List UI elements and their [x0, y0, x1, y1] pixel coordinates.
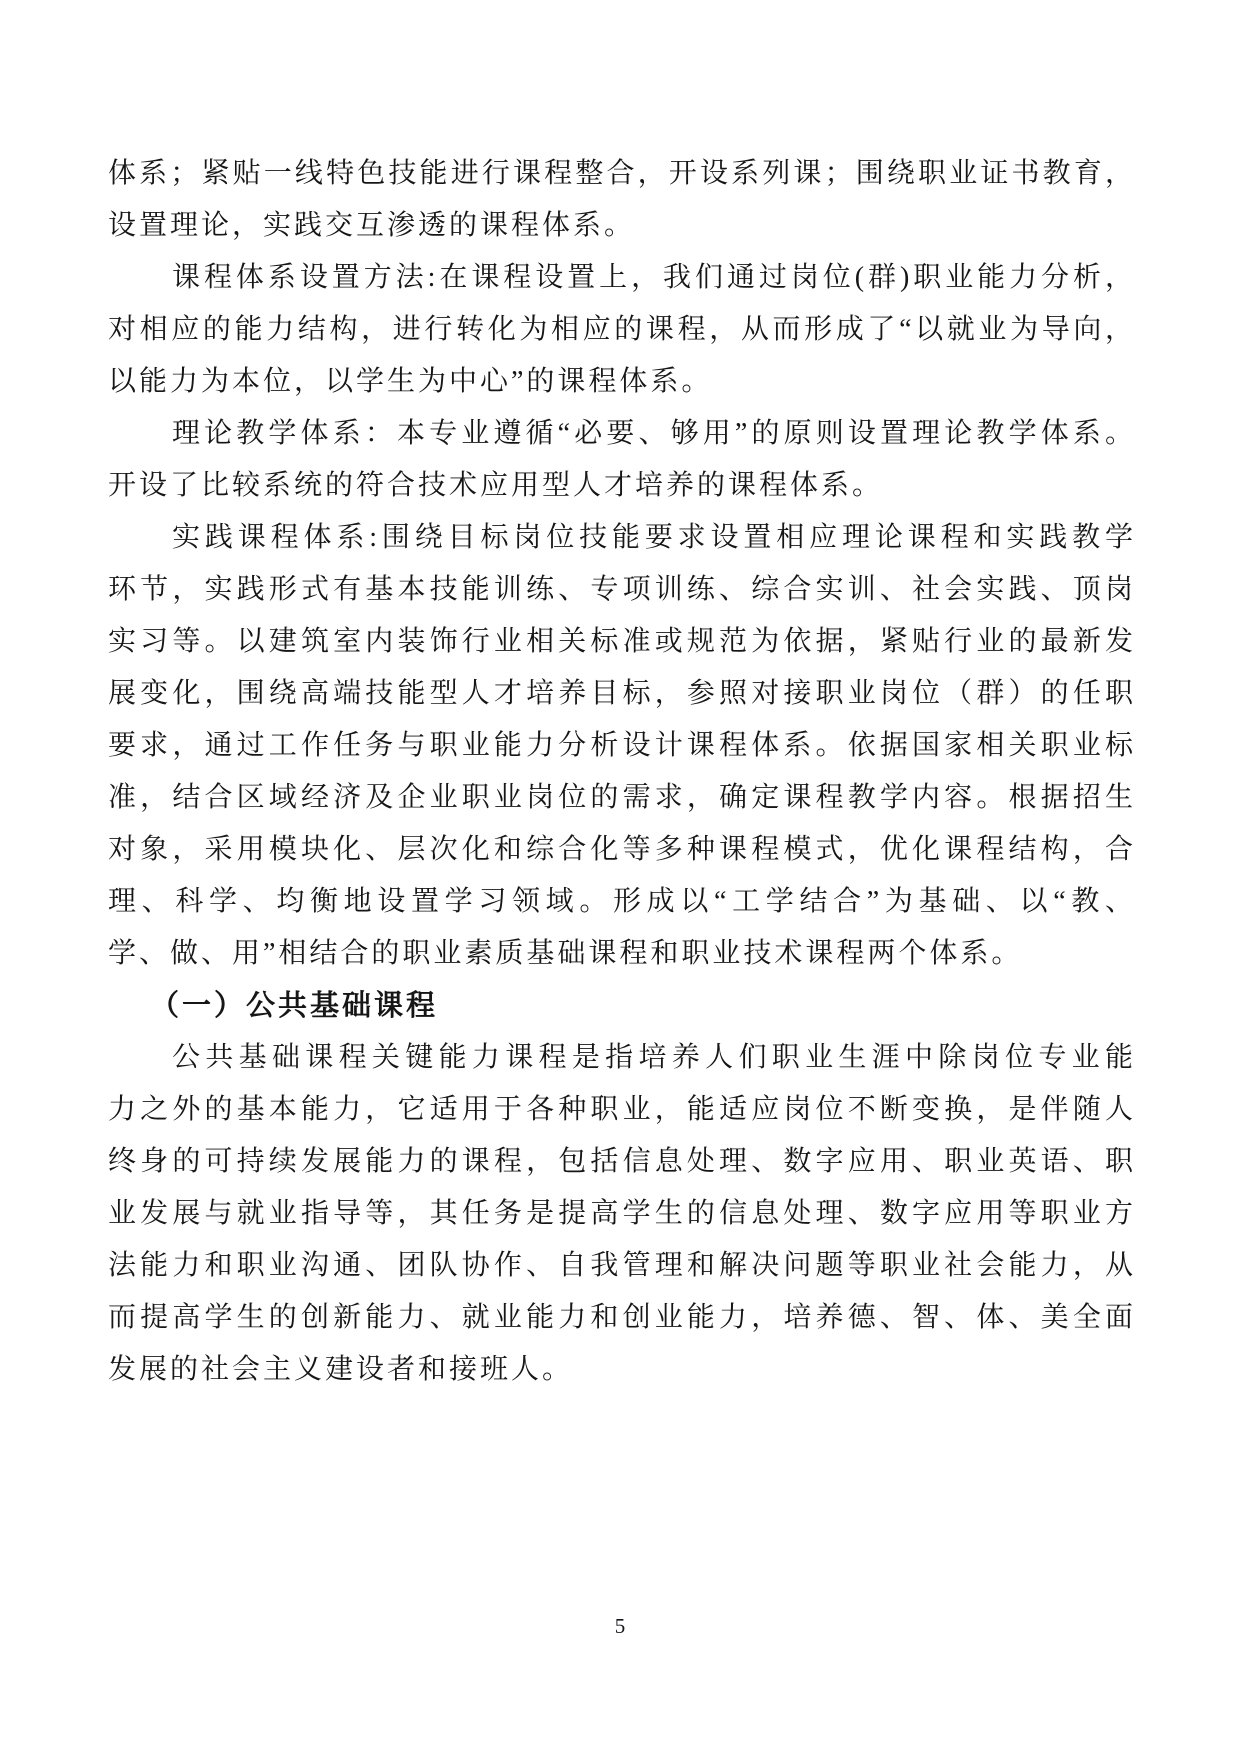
- text-line: 实践课程体系:围绕目标岗位技能要求设置相应理论课程和实践教学: [108, 512, 1136, 564]
- text-line: 终身的可持续发展能力的课程，包括信息处理、数字应用、职业英语、职: [108, 1136, 1136, 1188]
- text-line: 发展的社会主义建设者和接班人。: [108, 1344, 1136, 1396]
- text-line: 而提高学生的创新能力、就业能力和创业能力，培养德、智、体、美全面: [108, 1292, 1136, 1344]
- text-line: 准，结合区域经济及企业职业岗位的需求，确定课程教学内容。根据招生: [108, 772, 1136, 824]
- text-line: 环节，实践形式有基本技能训练、专项训练、综合实训、社会实践、顶岗: [108, 564, 1136, 616]
- text-line: 理论教学体系：本专业遵循“必要、够用”的原则设置理论教学体系。: [108, 408, 1136, 460]
- text-line: 实习等。以建筑室内装饰行业相关标准或规范为依据，紧贴行业的最新发: [108, 616, 1136, 668]
- text-line: 体系；紧贴一线特色技能进行课程整合，开设系列课；围绕职业证书教育，: [108, 148, 1136, 200]
- text-line: 设置理论，实践交互渗透的课程体系。: [108, 200, 1136, 252]
- text-line: 对相应的能力结构，进行转化为相应的课程，从而形成了“以就业为导向，: [108, 304, 1136, 356]
- page-number: 5: [615, 1614, 626, 1638]
- text-line: 课程体系设置方法:在课程设置上，我们通过岗位(群)职业能力分析，: [108, 252, 1136, 304]
- page-footer: 5: [0, 1614, 1240, 1639]
- text-line: 学、做、用”相结合的职业素质基础课程和职业技术课程两个体系。: [108, 928, 1136, 980]
- text-line: 法能力和职业沟通、团队协作、自我管理和解决问题等职业社会能力，从: [108, 1240, 1136, 1292]
- document-page: 体系；紧贴一线特色技能进行课程整合，开设系列课；围绕职业证书教育，设置理论，实践…: [0, 0, 1240, 1754]
- text-line: 以能力为本位，以学生为中心”的课程体系。: [108, 356, 1136, 408]
- document-body: 体系；紧贴一线特色技能进行课程整合，开设系列课；围绕职业证书教育，设置理论，实践…: [108, 148, 1136, 1396]
- section-heading: （一）公共基础课程: [108, 980, 1136, 1032]
- text-line: 对象，采用模块化、层次化和综合化等多种课程模式，优化课程结构，合: [108, 824, 1136, 876]
- text-line: 理、科学、均衡地设置学习领域。形成以“工学结合”为基础、以“教、: [108, 876, 1136, 928]
- text-line: 公共基础课程关键能力课程是指培养人们职业生涯中除岗位专业能: [108, 1032, 1136, 1084]
- text-line: 力之外的基本能力，它适用于各种职业，能适应岗位不断变换，是伴随人: [108, 1084, 1136, 1136]
- text-line: 业发展与就业指导等，其任务是提高学生的信息处理、数字应用等职业方: [108, 1188, 1136, 1240]
- text-line: 开设了比较系统的符合技术应用型人才培养的课程体系。: [108, 460, 1136, 512]
- text-line: 要求，通过工作任务与职业能力分析设计课程体系。依据国家相关职业标: [108, 720, 1136, 772]
- text-line: 展变化，围绕高端技能型人才培养目标，参照对接职业岗位（群）的任职: [108, 668, 1136, 720]
